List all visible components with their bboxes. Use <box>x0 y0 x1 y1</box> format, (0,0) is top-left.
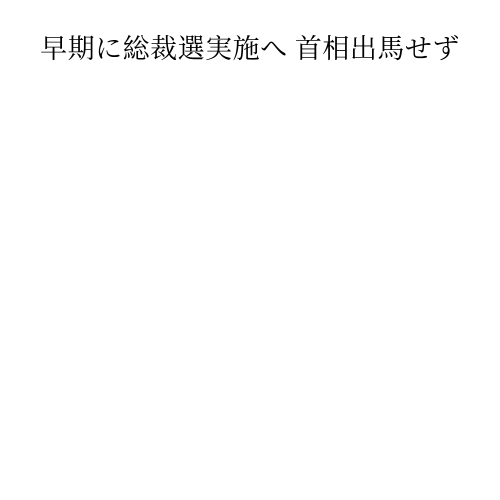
page-background: 早期に総裁選実施へ 首相出馬せず <box>0 0 500 500</box>
news-headline: 早期に総裁選実施へ 首相出馬せず <box>0 33 500 65</box>
